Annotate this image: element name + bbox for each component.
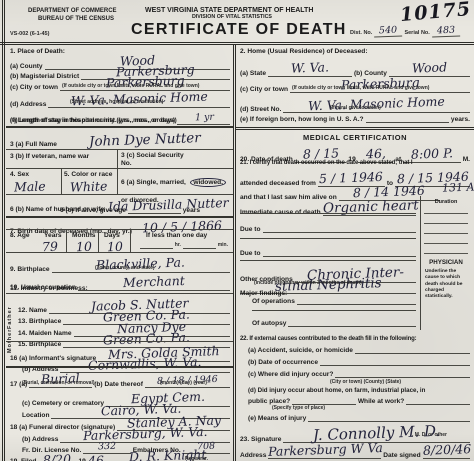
section-rule bbox=[6, 366, 233, 368]
home-foreign-suffix: years. bbox=[451, 116, 470, 123]
blank-line bbox=[240, 238, 416, 239]
date-signed-value: 8/20/46 bbox=[422, 443, 471, 456]
row-rule bbox=[6, 194, 233, 195]
pod-stay-community-label: (f) Length of stay in this community (yr… bbox=[10, 118, 175, 125]
date-of-death-value: 8 / 15 bbox=[302, 147, 338, 160]
if-alive-label: 6 (c) If alive, give age bbox=[60, 207, 126, 214]
duration-physician-box: Duration PHYSICIAN Underline the cause t… bbox=[420, 196, 471, 330]
row-rule bbox=[6, 168, 233, 169]
disposal-date-label: (b) Date thereof bbox=[94, 381, 143, 388]
physician-label: PHYSICIAN bbox=[421, 260, 471, 267]
industry-label: 11. Industry or business: bbox=[10, 285, 88, 292]
due-to-line-1 bbox=[263, 232, 416, 233]
home-foreign-line bbox=[366, 122, 449, 123]
age-less-label: If less than one day bbox=[146, 232, 207, 239]
veteran-label: 3 (b) If veteran, name war bbox=[10, 153, 89, 160]
external-d-label-1: (d) Did injury occur about home, on farm… bbox=[248, 388, 425, 395]
home-city-note: (If outside city or town limits, write R… bbox=[292, 86, 429, 92]
dist-label: Dist. No. bbox=[350, 30, 372, 36]
age-hr-min-row: hr. min. bbox=[140, 243, 228, 249]
autopsy-label: Of autopsy bbox=[252, 320, 286, 327]
medical-heading: MEDICAL CERTIFICATION bbox=[240, 134, 470, 142]
full-name-line: John Dye Nutter bbox=[59, 132, 230, 148]
row-rule bbox=[6, 293, 233, 294]
registrar-signature-line: D. R. Knight bbox=[106, 448, 230, 461]
last-saw-value: 8 / 14 1946 bbox=[353, 185, 425, 199]
physician-address-row: Address Parkersburg W Va Date signed 8/2… bbox=[240, 442, 470, 459]
age-hr-label: hr. bbox=[175, 243, 181, 249]
date-of-death-m-label: M. bbox=[463, 156, 470, 163]
pregnancy-note: (Include pregnancy within 3 months of de… bbox=[254, 281, 362, 287]
duration-line bbox=[424, 234, 468, 244]
home-county-value: Wood bbox=[412, 61, 447, 73]
external-c-row: (c) Where did injury occur? bbox=[248, 371, 470, 378]
date-of-death-time-value: 8:00 P. bbox=[411, 147, 453, 160]
certificate-of-death-document: DEPARTMENT OF COMMERCE BUREAU OF THE CEN… bbox=[0, 0, 474, 461]
duration-line bbox=[424, 214, 468, 224]
file-number-stamp: 10175 bbox=[399, 0, 472, 26]
informant-address-value: Cornwallis, W. Va. bbox=[88, 356, 202, 371]
physician-address-line: Parkersburg W Va bbox=[268, 442, 381, 459]
due-to-row-2: Due to bbox=[240, 250, 416, 257]
date-signed-line: 8/20/46 bbox=[423, 442, 470, 459]
age-hr-line bbox=[140, 248, 173, 249]
age-min-line bbox=[183, 248, 216, 249]
home-street-note: (If rural give location) bbox=[330, 106, 381, 112]
cell-divider bbox=[61, 168, 62, 194]
due-to-label-2: Due to bbox=[240, 250, 261, 257]
filed-date-value: 8/20 bbox=[38, 453, 76, 461]
physician-address-value: Parkersburg W Va bbox=[268, 442, 383, 457]
certify-line: 21. I certify that death occurred on the… bbox=[240, 160, 412, 167]
row-rule bbox=[6, 229, 233, 230]
external-e-line bbox=[308, 421, 470, 422]
disposal-date-note: (month) (day) (year) bbox=[160, 381, 207, 387]
cell-divider bbox=[130, 229, 131, 252]
division-line: DIVISION OF VITAL STATISTICS bbox=[192, 15, 272, 21]
full-name-row: 3 (a) Full Name John Dye Nutter bbox=[10, 132, 230, 148]
external-work-label: While at work? bbox=[358, 398, 405, 405]
duration-line bbox=[424, 244, 468, 254]
left-border-rule bbox=[2, 0, 5, 461]
birthplace-label: 9. Birthplace bbox=[10, 266, 50, 273]
blank-line bbox=[252, 310, 416, 311]
autopsy-line bbox=[288, 326, 416, 327]
row-rule bbox=[6, 252, 233, 253]
home-city-label: (c) City or town bbox=[240, 86, 288, 93]
autopsy-row: Of autopsy bbox=[252, 320, 416, 327]
physician-note: Underline the cause to which death shoul… bbox=[421, 267, 471, 301]
date-of-death-year-value: 46, bbox=[365, 148, 385, 160]
external-c-label: (c) Where did injury occur? bbox=[248, 371, 333, 378]
age-label: 8. Age bbox=[10, 232, 30, 239]
industry-row: 11. Industry or business: bbox=[10, 285, 230, 292]
pod-address-note: (Street address, hospital, or institutio… bbox=[70, 100, 163, 106]
date-signed-label: Date signed bbox=[383, 452, 420, 459]
home-state-value: W. Va. bbox=[291, 61, 329, 74]
row-rule bbox=[6, 149, 233, 150]
full-name-label: 3 (a) Full Name bbox=[10, 141, 57, 148]
section-rule bbox=[6, 126, 233, 128]
home-state-line: W. Va. bbox=[268, 60, 352, 77]
operations-row: Of operations bbox=[252, 298, 416, 305]
external-c-note: (City or town) (County) (State) bbox=[330, 380, 401, 386]
margin-code-value: 131 A bbox=[442, 182, 474, 193]
home-foreign-label: (e) If foreign born, how long in U. S. A… bbox=[240, 116, 364, 123]
external-work-line bbox=[406, 404, 470, 405]
ssn-label1: 3 (c) Social Security bbox=[121, 152, 184, 159]
dept-line2: BUREAU OF THE CENSUS bbox=[38, 16, 114, 23]
physician-address-label: Address bbox=[240, 452, 266, 459]
external-d-note: (Specify type of place) bbox=[272, 406, 325, 412]
operations-line bbox=[297, 304, 416, 305]
blank-line bbox=[240, 260, 416, 261]
form-number: VS-002 (6-1-45) bbox=[10, 31, 49, 37]
full-name-value: John Dye Nutter bbox=[88, 132, 200, 148]
sex-label: 4. Sex bbox=[10, 171, 29, 178]
cell-divider bbox=[117, 149, 118, 194]
column-divider-rule bbox=[233, 45, 236, 461]
major-findings-label: Major findings: bbox=[240, 290, 287, 297]
external-e-label: (e) Means of injury bbox=[248, 415, 306, 422]
if-alive-line bbox=[128, 213, 181, 214]
due-to-row-1: Due to bbox=[240, 226, 416, 233]
document-title: CERTIFICATE OF DEATH bbox=[131, 21, 347, 39]
cell-divider bbox=[98, 229, 99, 252]
dept-line1: DEPARTMENT OF COMMERCE bbox=[28, 8, 117, 15]
home-street-label: (d) Street No. bbox=[240, 106, 281, 113]
cell-divider bbox=[66, 229, 67, 252]
home-state-county-row: (a) State W. Va. (b) County Wood bbox=[240, 60, 470, 77]
external-b-label: (b) Date of occurrence bbox=[248, 359, 318, 366]
external-a-line bbox=[355, 353, 470, 354]
pod-stay-community-row: (f) Length of stay in this community (yr… bbox=[10, 118, 230, 125]
external-b-line bbox=[320, 365, 470, 366]
blank-line bbox=[240, 213, 416, 214]
race-value: White bbox=[70, 180, 108, 193]
medical-section-rule bbox=[236, 127, 474, 130]
dist-value: 540 bbox=[374, 27, 402, 38]
age-days-value: 10 bbox=[107, 241, 123, 253]
serial-value: 483 bbox=[432, 27, 460, 38]
age-months-value: 10 bbox=[76, 241, 92, 253]
race-label: 5. Color or race bbox=[64, 171, 112, 178]
duration-label: Duration bbox=[421, 196, 471, 205]
external-heading: 22. If external causes contributed to th… bbox=[240, 336, 417, 343]
disposal-type-note: (Burial, cremation, or removal) bbox=[22, 381, 95, 387]
external-b-row: (b) Date of occurrence bbox=[248, 359, 470, 366]
header-rule bbox=[0, 42, 474, 45]
external-a-row: (a) Accident, suicide, or homicide bbox=[248, 347, 470, 354]
if-alive-row: 6 (c) If alive, give age years bbox=[60, 207, 200, 214]
home-heading: 2. Home (Usual Residence) of Deceased: bbox=[240, 48, 368, 55]
home-foreign-row: (e) If foreign born, how long in U. S. A… bbox=[240, 116, 470, 123]
sex-value: Male bbox=[14, 180, 46, 192]
physician-signature-note: , M. D. or other bbox=[412, 433, 447, 439]
birthplace-note: (Town, county, and state) bbox=[95, 266, 155, 272]
filed-year-value: 46 bbox=[88, 454, 104, 461]
registrar-label: Registrar. bbox=[185, 457, 208, 461]
age-min-label: min. bbox=[218, 243, 228, 249]
pod-stay-community-line bbox=[177, 124, 230, 125]
ssn-label2: No. bbox=[121, 160, 132, 167]
age-years-value: 79 bbox=[42, 241, 58, 253]
due-to-label-1: Due to bbox=[240, 226, 261, 233]
operations-label: Of operations bbox=[252, 298, 295, 305]
duration-line bbox=[424, 224, 468, 234]
external-a-label: (a) Accident, suicide, or homicide bbox=[248, 347, 353, 354]
serial-label: Serial No. bbox=[404, 30, 429, 36]
marital-circled-value: widowed, bbox=[190, 178, 226, 187]
dist-serial-row: Dist. No. 540 Serial No. 483 bbox=[350, 27, 470, 36]
due-to-line-2 bbox=[263, 256, 416, 257]
pod-city-label: (c) City or town bbox=[10, 84, 58, 91]
if-alive-suffix: years bbox=[183, 207, 200, 214]
duration-line bbox=[424, 205, 468, 214]
marital-pre: 6 (a) Single, married, bbox=[121, 179, 186, 186]
attended-from-value: 5 / 1 1946 bbox=[319, 171, 383, 184]
pod-address-label: (d) Address bbox=[10, 101, 46, 108]
row-rule bbox=[6, 341, 233, 342]
